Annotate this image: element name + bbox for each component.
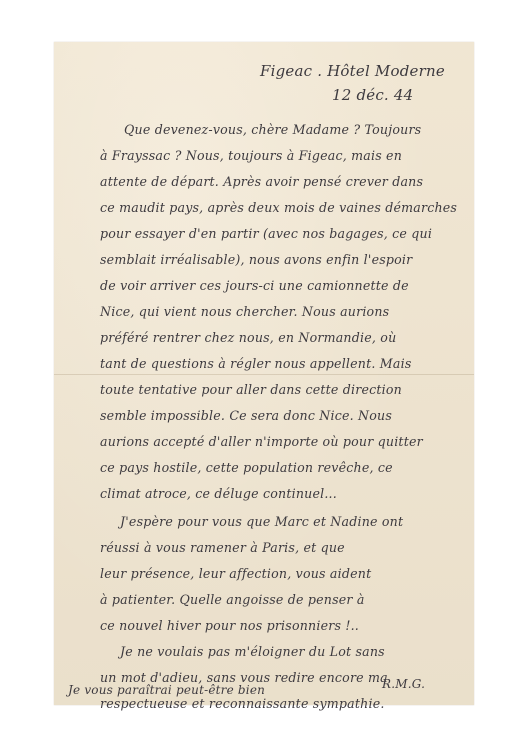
letter-line: climat atroce, ce déluge continuel... [100, 486, 337, 501]
letter-line: toute tentative pour aller dans cette di… [100, 382, 402, 397]
letter-line: semble impossible. Ce sera donc Nice. No… [100, 408, 392, 423]
letter-line: à Frayssac ? Nous, toujours à Figeac, ma… [100, 148, 402, 163]
letter-line: Que devenez-vous, chère Madame ? Toujour… [124, 122, 421, 137]
letter-line: réussi à vous ramener à Paris, et que [100, 540, 345, 555]
letter-line: Nice, qui vient nous chercher. Nous auri… [100, 304, 389, 319]
letter-line: leur présence, leur affection, vous aide… [100, 566, 371, 581]
letter-line: ce nouvel hiver pour nos prisonniers !.. [100, 618, 359, 633]
letter-line: attente de départ. Après avoir pensé cre… [100, 174, 423, 189]
letter-line: J'espère pour vous que Marc et Nadine on… [120, 514, 403, 529]
letter-place: Figeac . Hôtel Moderne [260, 62, 445, 80]
letter-line: de voir arriver ces jours-ci une camionn… [100, 278, 409, 293]
letter-line: aurions accepté d'aller n'importe où pou… [100, 434, 423, 449]
letter-line: à patienter. Quelle angoisse de penser à [100, 592, 365, 607]
signature: R.M.G. [382, 677, 425, 691]
fold-line [54, 374, 474, 375]
letter-line: tant de questions à régler nous appellen… [100, 356, 411, 371]
letter-line: ce maudit pays, après deux mois de vaine… [100, 200, 457, 215]
letter-date: 12 déc. 44 [332, 86, 413, 104]
letter-line: préféré rentrer chez nous, en Normandie,… [100, 330, 396, 345]
letter-page: Figeac . Hôtel Moderne 12 déc. 44 Que de… [54, 42, 474, 705]
letter-line: pour essayer d'en partir (avec nos bagag… [100, 226, 432, 241]
letter-line: ce pays hostile, cette population revêch… [100, 460, 393, 475]
postscript-line: Je vous paraîtrai peut-être bien [68, 683, 265, 697]
letter-line: semblait irréalisable), nous avons enfin… [100, 252, 412, 267]
letter-line: Je ne voulais pas m'éloigner du Lot sans [120, 644, 385, 659]
letter-line: respectueuse et reconnaissante sympathie… [100, 696, 385, 711]
